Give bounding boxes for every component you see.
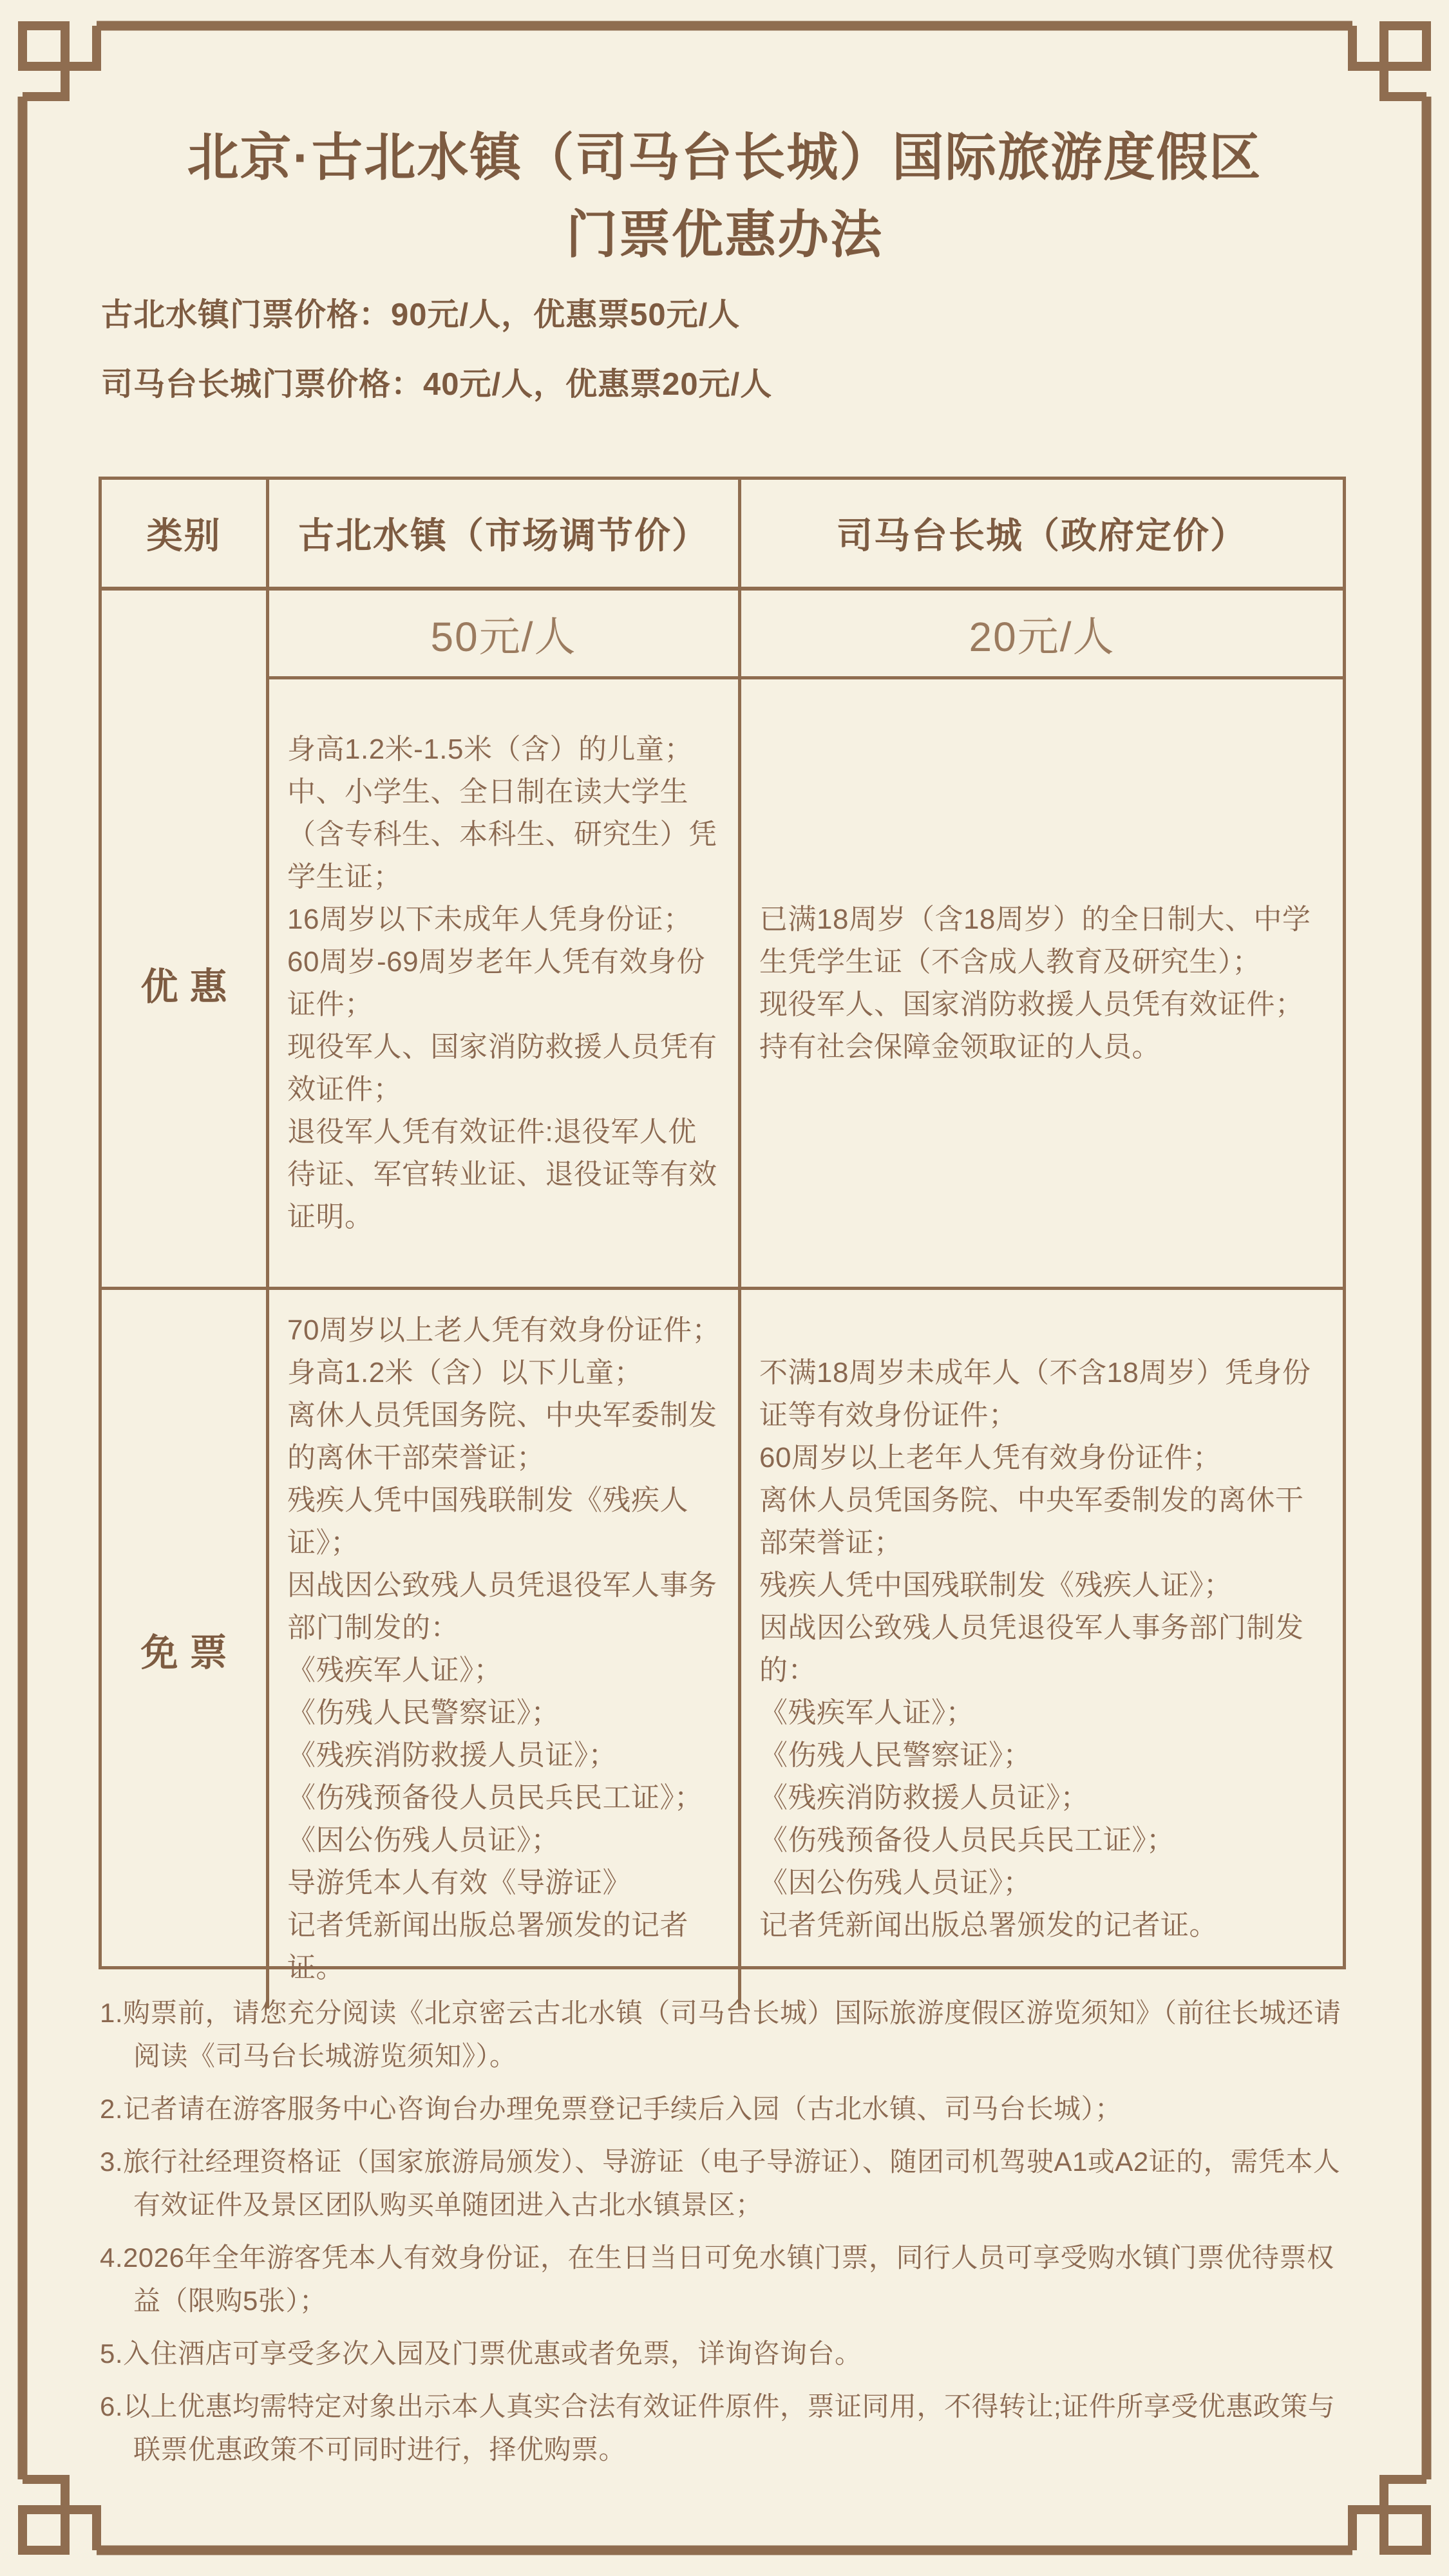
frame-corner-bottom-left [23, 2479, 97, 2550]
col-header-simatai: 司马台长城（政府定价） [741, 480, 1343, 591]
gubei-price-line: 古北水镇门票价格：90元/人，优惠票50元/人 [101, 280, 1357, 350]
discount-conditions-gubei: 身高1.2米-1.5米（含）的儿童； 中、小学生、全日制在读大学生（含专科生、本… [269, 679, 741, 1290]
discount-conditions-simatai: 已满18周岁（含18周岁）的全日制大、中学生凭学生证（不含成人教育及研究生）； … [741, 679, 1343, 1290]
title-line-2: 门票优惠办法 [0, 196, 1449, 274]
frame-corner-top-right [1352, 26, 1426, 97]
page-title: 北京·古北水镇（司马台长城）国际旅游度假区 门票优惠办法 [0, 119, 1449, 274]
note-item-5: 5.入住酒店可享受多次入园及门票优惠或者免票，详询咨询台。 [100, 2332, 1356, 2375]
frame-corner-top-left [23, 26, 97, 97]
discount-price-simatai: 20元/人 [741, 591, 1343, 679]
simatai-price-line: 司马台长城门票价格：40元/人，优惠票20元/人 [101, 350, 1357, 419]
title-line-1: 北京·古北水镇（司马台长城）国际旅游度假区 [0, 119, 1449, 196]
col-header-category: 类别 [102, 480, 269, 591]
ticket-discount-table: 类别 古北水镇（市场调节价） 司马台长城（政府定价） 优惠 50元/人 20元/… [99, 477, 1346, 1969]
free-conditions-simatai: 不满18周岁未成年人（不含18周岁）凭身份证等有效身份证件； 60周岁以上老年人… [741, 1290, 1343, 2009]
price-summary: 古北水镇门票价格：90元/人，优惠票50元/人 司马台长城门票价格：40元/人，… [101, 280, 1357, 419]
note-item-6: 6.以上优惠均需特定对象出示本人真实合法有效证件原件，票证同用，不得转让;证件所… [100, 2385, 1356, 2471]
note-item-2: 2.记者请在游客服务中心咨询台办理免票登记手续后入园（古北水镇、司马台长城）； [100, 2087, 1356, 2130]
discount-price-gubei: 50元/人 [269, 591, 741, 679]
note-item-3: 3.旅行社经理资格证（国家旅游局颁发）、导游证（电子导游证）、随团司机驾驶A1或… [100, 2140, 1356, 2226]
ticket-discount-poster: 北京·古北水镇（司马台长城）国际旅游度假区 门票优惠办法 古北水镇门票价格：90… [0, 0, 1449, 2576]
note-item-4: 4.2026年全年游客凭本人有效身份证，在生日当日可免水镇门票，同行人员可享受购… [100, 2236, 1356, 2322]
row-label-discount: 优惠 [102, 591, 269, 1290]
col-header-gubei: 古北水镇（市场调节价） [269, 480, 741, 591]
note-item-1: 1.购票前，请您充分阅读《北京密云古北水镇（司马台长城）国际旅游度假区游览须知》… [100, 1991, 1356, 2078]
notes-section: 1.购票前，请您充分阅读《北京密云古北水镇（司马台长城）国际旅游度假区游览须知》… [100, 1991, 1356, 2481]
row-label-free: 免票 [102, 1290, 269, 2009]
frame-corner-bottom-right [1352, 2479, 1426, 2550]
free-conditions-gubei: 70周岁以上老人凭有效身份证件； 身高1.2米（含）以下儿童； 离休人员凭国务院… [269, 1290, 741, 2009]
